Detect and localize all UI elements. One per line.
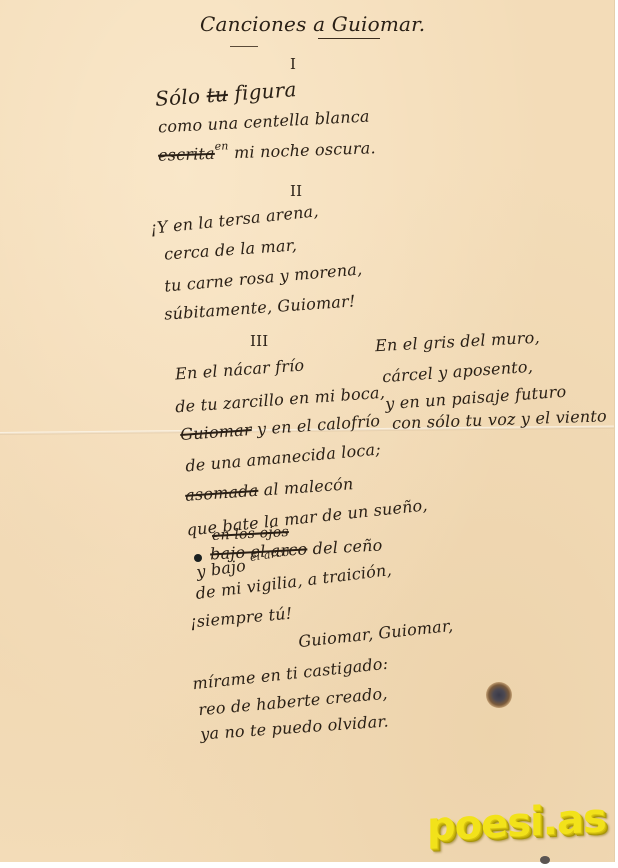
verse-word: del ceño xyxy=(312,535,383,558)
title-underline xyxy=(318,38,380,39)
verse-line: ¡siempre tú! xyxy=(189,604,293,632)
manuscript-page: Canciones a Guiomar. I Sólo tu figura co… xyxy=(0,0,615,862)
verse-word: figura xyxy=(234,77,298,105)
title-underline-short xyxy=(230,46,258,47)
verse-word: y en el calofrío xyxy=(256,411,380,439)
verse-line: de una amanecida loca; xyxy=(185,439,382,475)
struck-word: tu xyxy=(206,82,229,107)
verse-line: En el nácar frío xyxy=(174,356,304,384)
burn-mark xyxy=(486,682,512,708)
struck-word: asomada xyxy=(185,481,259,505)
verse-line: cárcel y aposento, xyxy=(382,357,534,386)
verse-line: como una centella blanca xyxy=(158,106,370,136)
verse-line: asomada al malecón xyxy=(185,474,354,505)
verse-line: Guiomar y en el calofrío xyxy=(180,411,381,444)
section-numeral-1: I xyxy=(290,55,296,73)
verse-word: Sólo xyxy=(154,84,201,111)
verse-line: de tu zarcillo en mi boca, xyxy=(175,383,386,417)
superscript-insertion: en xyxy=(214,139,228,152)
verse-line: escritaen mi noche oscura. xyxy=(158,138,376,165)
verse-line: tu carne rosa y morena, xyxy=(164,259,363,295)
poesias-watermark-logo: poesi.as xyxy=(427,795,606,850)
ink-speck xyxy=(540,856,550,864)
verse-word: al malecón xyxy=(263,474,354,499)
verse-line: súbitamente, Guiomar! xyxy=(164,291,357,323)
struck-word: Guiomar xyxy=(180,420,253,444)
section-numeral-2: II xyxy=(290,182,302,200)
verse-line: Guiomar, Guiomar, xyxy=(297,616,454,651)
verse-line: En el gris del muro, xyxy=(375,328,541,356)
poem-title: Canciones a Guiomar. xyxy=(200,12,425,36)
verse-line: Sólo tu figura xyxy=(154,77,297,111)
verse-line: ¡Y en la tersa arena, xyxy=(149,201,319,238)
verse-word: mi noche oscura. xyxy=(234,138,376,162)
struck-word: escrita xyxy=(158,144,215,165)
verse-line: cerca de la mar, xyxy=(163,235,297,263)
section-numeral-3: III xyxy=(250,332,268,350)
